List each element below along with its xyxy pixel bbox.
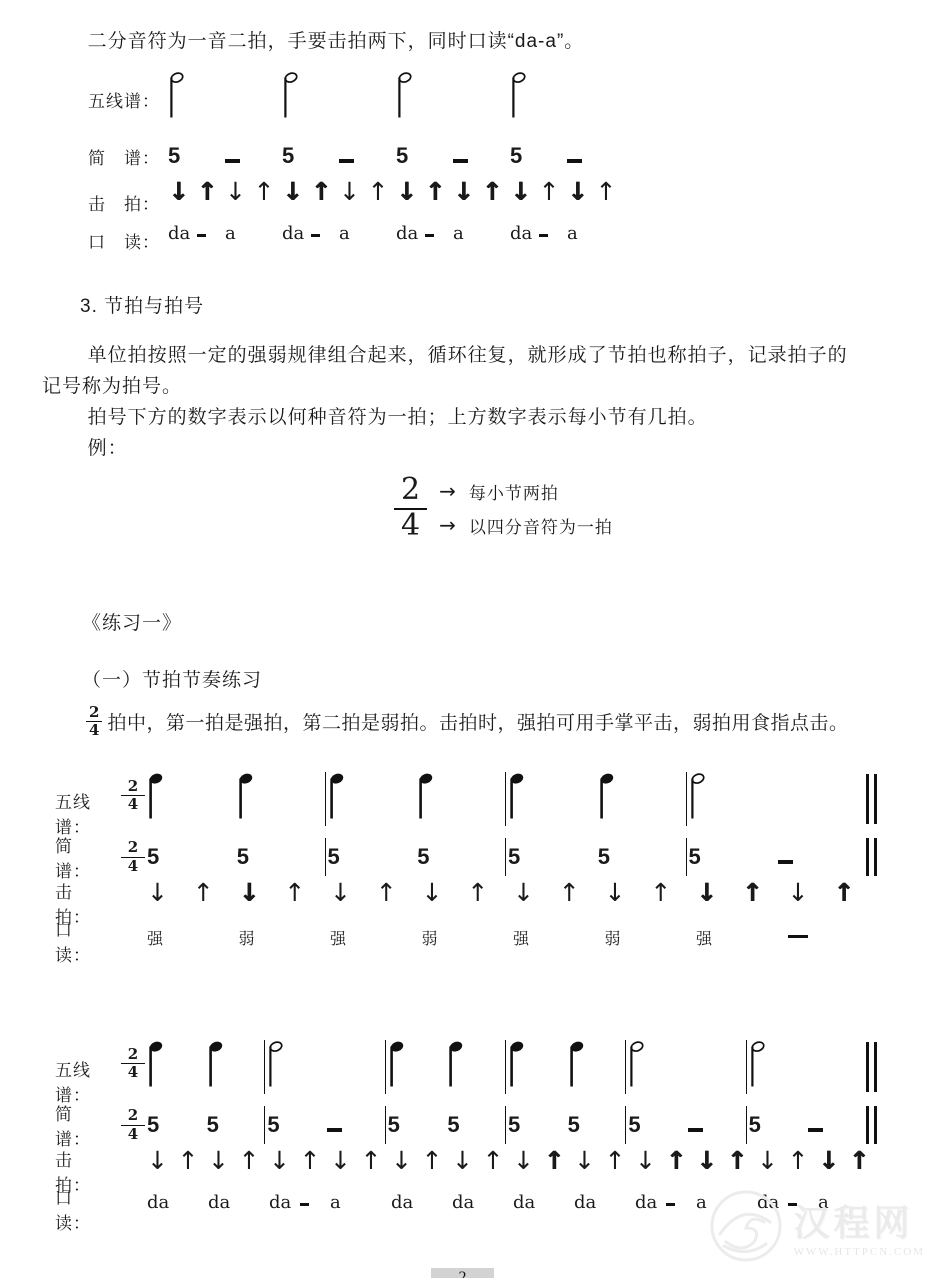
time-signature-fraction: 2 4 (394, 474, 427, 542)
watermark-text: 汉程网 WWW.HTTPCN.COM (794, 1195, 925, 1258)
measure (686, 772, 867, 826)
jianpu-note: 5 (207, 1114, 219, 1136)
measure: ↓↑↓↑ (694, 880, 877, 926)
measure: daa (267, 1194, 389, 1224)
read-syllable: 强 (330, 926, 346, 956)
ts-denominator: 4 (121, 1064, 145, 1081)
up-arrow-icon: ↑ (376, 880, 397, 926)
measure: ↓↑↓↑ (511, 1148, 633, 1194)
staff-row: 五线谱：24 (55, 1040, 877, 1102)
section-heading: 3. 节拍与拍号 (80, 291, 893, 318)
measure (505, 1040, 625, 1094)
measure: daa (280, 225, 394, 255)
down-arrow-icon: ↓ (605, 880, 626, 926)
jianpu-row: 简 谱：24555555555 (55, 1102, 877, 1148)
watermark: 汉程网 WWW.HTTPCN.COM (704, 1184, 925, 1268)
down-arrow-icon: ↓ (225, 179, 246, 225)
half-note-icon (267, 1040, 283, 1088)
read-syllable: 弱 (605, 926, 621, 956)
read-row: 口 读：daadaadaadaa (88, 225, 893, 255)
theory-paragraph-line2: 记号称为拍号。 (42, 371, 893, 402)
exercise-line-1: 五线谱：24简 谱：245555555击 拍：↓↑↓↑↓↑↓↑↓↑↓↑↓↑↓↑口… (42, 772, 893, 956)
read-syllable: 强 (147, 926, 163, 956)
numerator-note: 每小节两拍 (469, 479, 559, 504)
theory-paragraph2: 拍号下方的数字表示以何种音符为一拍；上方数字表示每小节有几拍。 (42, 402, 893, 433)
measure: 5 (746, 1106, 866, 1144)
up-arrow-icon: ↑ (178, 1148, 199, 1194)
jianpu-note: 5 (168, 145, 180, 167)
inline-time-signature: 2 4 (86, 704, 102, 738)
jianpu-dash (808, 1128, 823, 1132)
down-arrow-icon: ↓ (282, 179, 303, 225)
up-arrow-icon: ↑ (833, 880, 854, 926)
page: { "intro": "二分音符为一音二拍，手要击拍两下，同时口读“da-a”。… (0, 0, 933, 1278)
double-barline (866, 838, 877, 876)
measure (145, 1040, 264, 1094)
down-arrow-icon: ↓ (513, 1148, 534, 1194)
down-arrow-icon: ↓ (513, 880, 534, 926)
jianpu-row-label: 简 谱： (55, 1100, 121, 1150)
jianpu-row: 简 谱：5555 (88, 133, 893, 179)
up-arrow-icon: ↑ (596, 179, 617, 225)
time-signature: 24 (121, 1040, 145, 1082)
down-arrow-icon: ↓ (396, 179, 417, 225)
read-row-label: 口 读： (55, 916, 121, 966)
measure: ↓↑↓↑ (508, 179, 622, 225)
up-arrow-icon: ↑ (650, 880, 671, 926)
read-syllable: da (452, 1194, 474, 1224)
half-note-icon (396, 71, 412, 119)
ts-numerator: 2 (121, 1107, 145, 1125)
down-arrow-icon: ↓ (208, 1148, 229, 1194)
jianpu-note: 5 (568, 1114, 580, 1136)
half-note-icon (689, 772, 705, 820)
read-long-dash (788, 935, 808, 938)
jianpu-note: 5 (628, 1114, 640, 1136)
measure (505, 772, 686, 826)
read-syllable: a (567, 225, 578, 255)
quarter-note-icon (207, 1040, 223, 1088)
measure: 5 (394, 137, 508, 175)
measure: ↓↑↓↑ (166, 179, 280, 225)
practice-description: 2 4 拍中，第一拍是强拍，第二拍是弱拍。击拍时，强拍可用手掌平击，弱拍用食指点… (44, 704, 893, 738)
jianpu-dash (688, 1128, 703, 1132)
time-signature-notes: → 每小节两拍 → 以四分音符为一拍 (439, 474, 613, 542)
ts-denominator: 4 (121, 796, 145, 813)
measure: daa (508, 225, 622, 255)
example-label: 例： (42, 433, 893, 464)
measure (145, 772, 325, 826)
jianpu-dash (225, 159, 240, 163)
jianpu-dash (778, 860, 793, 864)
up-arrow-icon: ↑ (254, 179, 275, 225)
jianpu-note: 5 (388, 1114, 400, 1136)
read-syllable: da (391, 1194, 413, 1224)
measure: daa (166, 225, 280, 255)
beat-row: 击 拍：↓↑↓↑↓↑↓↑↓↑↓↑↓↑↓↑ (55, 880, 877, 926)
double-barline (866, 774, 877, 824)
up-arrow-icon: ↑ (483, 1148, 504, 1194)
jianpu-dash (327, 1128, 342, 1132)
measure: 55 (505, 1106, 625, 1144)
watermark-site-url: WWW.HTTPCN.COM (794, 1246, 925, 1258)
read-syllable: da (396, 225, 418, 255)
down-arrow-icon: ↓ (147, 880, 168, 926)
read-syllable: 强 (513, 926, 529, 956)
measure (264, 1040, 384, 1094)
read-syllable: da (208, 1194, 230, 1224)
jianpu-row: 简 谱：245555555 (55, 834, 877, 880)
read-dash (539, 234, 548, 237)
read-syllable: a (225, 225, 236, 255)
quarter-note-icon (508, 772, 524, 820)
down-arrow-icon: ↓ (269, 1148, 290, 1194)
half-note-icon (510, 71, 526, 119)
up-arrow-icon: ↑ (742, 880, 763, 926)
measure: 强 (694, 926, 877, 956)
double-barline (866, 1042, 877, 1092)
read-dash (311, 234, 320, 237)
time-signature-numerator: 2 (394, 474, 427, 509)
time-signature: 24 (121, 839, 145, 875)
up-arrow-icon: ↑ (368, 179, 389, 225)
jianpu-note: 5 (417, 846, 429, 868)
measure (508, 71, 622, 125)
read-dash (300, 1203, 309, 1206)
time-signature-example: 2 4 → 每小节两拍 → 以四分音符为一拍 (394, 472, 893, 544)
measure: 强弱 (328, 926, 511, 956)
down-arrow-icon: ↓ (339, 179, 360, 225)
measure: ↓↑↓↑ (145, 880, 328, 926)
practice-description-text: 拍中，第一拍是强拍，第二拍是弱拍。击拍时，强拍可用手掌平击，弱拍用食指点击。 (107, 708, 848, 735)
read-syllable: 强 (696, 926, 712, 956)
measure: 55 (505, 838, 686, 876)
denominator-note-line: → 以四分音符为一拍 (439, 508, 613, 542)
jianpu-row-label: 简 谱： (55, 832, 121, 882)
exercise-1: 五线谱：24简 谱：245555555击 拍：↓↑↓↑↓↑↓↑↓↑↓↑↓↑↓↑口… (55, 772, 877, 956)
jianpu-note: 5 (510, 145, 522, 167)
quarter-note-icon (508, 1040, 524, 1088)
quarter-note-icon (568, 1040, 584, 1088)
watermark-site-name: 汉程网 (794, 1195, 925, 1246)
theory-paragraph-line1: 单位拍按照一定的强弱规律组合起来，循环往复，就形成了节拍也称拍子，记录拍子的 (42, 340, 893, 371)
down-arrow-icon: ↓ (567, 179, 588, 225)
jianpu-note: 5 (447, 1114, 459, 1136)
jianpu-note: 5 (508, 846, 520, 868)
down-arrow-icon: ↓ (239, 880, 260, 926)
ts-denominator: 4 (121, 858, 145, 875)
down-arrow-icon: ↓ (696, 880, 717, 926)
read-syllable: 弱 (422, 926, 438, 956)
read-syllable: da (282, 225, 304, 255)
down-arrow-icon: ↓ (574, 1148, 595, 1194)
quarter-note-icon (237, 772, 253, 820)
up-arrow-icon: ↑ (361, 1148, 382, 1194)
jianpu-note: 5 (237, 846, 249, 868)
measure (746, 1040, 866, 1094)
jianpu-note: 5 (689, 846, 701, 868)
up-arrow-icon: ↑ (467, 880, 488, 926)
read-syllable: a (339, 225, 350, 255)
staff-row-label: 五线谱： (55, 772, 121, 838)
jianpu-note: 5 (508, 1114, 520, 1136)
right-arrow-icon: → (439, 479, 457, 503)
read-syllable: da (513, 1194, 535, 1224)
measure: 5 (166, 137, 280, 175)
measure: ↓↑↓↑ (267, 1148, 389, 1194)
staff-row-label: 五线谱： (88, 71, 166, 112)
ts-numerator: 2 (121, 778, 145, 796)
demo-notation-line: 五线谱：简 谱：5555击 拍：↓↑↓↑↓↑↓↑↓↑↓↑↓↑↓↑口 读：daad… (42, 71, 893, 255)
measure (385, 1040, 505, 1094)
measure: 5 (508, 137, 622, 175)
half-note-icon (168, 71, 184, 119)
jianpu-note: 5 (282, 145, 294, 167)
read-syllable: 弱 (239, 926, 255, 956)
half-note-icon (749, 1040, 765, 1088)
intro-paragraph: 二分音符为一音二拍，手要击拍两下，同时口读“da-a”。 (42, 26, 893, 57)
time-signature-denominator: 4 (394, 510, 427, 542)
down-arrow-icon: ↓ (391, 1148, 412, 1194)
jianpu-dash (453, 159, 468, 163)
measure (325, 772, 506, 826)
measure: 强弱 (511, 926, 694, 956)
up-arrow-icon: ↑ (482, 179, 503, 225)
measure: ↓↑↓↑ (280, 179, 394, 225)
quarter-note-icon (147, 1040, 163, 1088)
read-syllable: da (574, 1194, 596, 1224)
measure: dada (389, 1194, 511, 1224)
page-number-strip: 2 (431, 1268, 494, 1278)
beat-row-label: 击 拍： (88, 190, 166, 215)
down-arrow-icon: ↓ (147, 1148, 168, 1194)
page-number: 2 (459, 1270, 467, 1278)
jianpu-note: 5 (598, 846, 610, 868)
up-arrow-icon: ↑ (284, 880, 305, 926)
ts-denominator: 4 (121, 1126, 145, 1143)
jianpu-dash (567, 159, 582, 163)
down-arrow-icon: ↓ (330, 1148, 351, 1194)
up-arrow-icon: ↑ (425, 179, 446, 225)
jianpu-row-label: 简 谱： (88, 144, 166, 169)
jianpu-note: 5 (749, 1114, 761, 1136)
ts-numerator: 2 (121, 1046, 145, 1064)
half-note-icon (282, 71, 298, 119)
measure: ↓↑↓↑ (511, 880, 694, 926)
measure: daa (394, 225, 508, 255)
jianpu-note: 5 (396, 145, 408, 167)
measure: 55 (325, 838, 506, 876)
down-arrow-icon: ↓ (788, 880, 809, 926)
read-row-label: 口 读： (88, 228, 166, 253)
up-arrow-icon: ↑ (300, 1148, 321, 1194)
ts-numerator: 2 (121, 839, 145, 857)
up-arrow-icon: ↑ (544, 1148, 565, 1194)
quarter-note-icon (447, 1040, 463, 1088)
time-signature: 24 (121, 1107, 145, 1143)
read-syllable: a (453, 225, 464, 255)
measure (625, 1040, 745, 1094)
demo-line: 五线谱：简 谱：5555击 拍：↓↑↓↑↓↑↓↑↓↑↓↑↓↑↓↑口 读：daad… (88, 71, 893, 255)
measure: dada (145, 1194, 267, 1224)
right-arrow-icon: → (439, 513, 457, 537)
read-syllable: da (269, 1194, 291, 1224)
measure (280, 71, 394, 125)
quarter-note-icon (417, 772, 433, 820)
up-arrow-icon: ↑ (605, 1148, 626, 1194)
measure: 5 (686, 838, 867, 876)
measure: 强弱 (145, 926, 328, 956)
inline-ts-numerator: 2 (86, 704, 102, 722)
practice-subtitle: （一）节拍节奏练习 (82, 665, 893, 692)
jianpu-dash (339, 159, 354, 163)
jianpu-note: 5 (147, 1114, 159, 1136)
numerator-note-line: → 每小节两拍 (439, 474, 613, 508)
inline-ts-denominator: 4 (89, 721, 99, 739)
read-syllable: da (635, 1194, 657, 1224)
up-arrow-icon: ↑ (559, 880, 580, 926)
measure: 5 (264, 1106, 384, 1144)
up-arrow-icon: ↑ (311, 179, 332, 225)
read-syllable: da (147, 1194, 169, 1224)
beat-row: 击 拍：↓↑↓↑↓↑↓↑↓↑↓↑↓↑↓↑ (88, 179, 893, 225)
half-note-icon (628, 1040, 644, 1088)
up-arrow-icon: ↑ (422, 1148, 443, 1194)
down-arrow-icon: ↓ (453, 179, 474, 225)
measure: 5 (625, 1106, 745, 1144)
down-arrow-icon: ↓ (635, 1148, 656, 1194)
measure: ↓↑↓↑ (394, 179, 508, 225)
read-row: 口 读：强弱强弱强弱强 (55, 926, 877, 956)
quarter-note-icon (598, 772, 614, 820)
practice-title: 《练习一》 (82, 608, 893, 635)
measure: 55 (145, 838, 325, 876)
staff-row: 五线谱：24 (55, 772, 877, 834)
read-syllable: da (168, 225, 190, 255)
measure: 5 (280, 137, 394, 175)
double-barline (866, 1106, 877, 1144)
hanchengwang-logo-icon (704, 1184, 788, 1268)
read-syllable: da (510, 225, 532, 255)
read-dash (666, 1203, 675, 1206)
down-arrow-icon: ↓ (510, 179, 531, 225)
measure: ↓↑↓↑ (145, 1148, 267, 1194)
read-dash (197, 234, 206, 237)
up-arrow-icon: ↑ (539, 179, 560, 225)
staff-row-label: 五线谱： (55, 1040, 121, 1106)
up-arrow-icon: ↑ (239, 1148, 260, 1194)
read-row-label: 口 读： (55, 1184, 121, 1234)
jianpu-note: 5 (267, 1114, 279, 1136)
down-arrow-icon: ↓ (330, 880, 351, 926)
measure: 55 (145, 1106, 264, 1144)
up-arrow-icon: ↑ (197, 179, 218, 225)
up-arrow-icon: ↑ (193, 880, 214, 926)
read-syllable: a (330, 1194, 341, 1224)
denominator-note: 以四分音符为一拍 (469, 513, 613, 538)
quarter-note-icon (147, 772, 163, 820)
jianpu-note: 5 (328, 846, 340, 868)
measure: 55 (385, 1106, 505, 1144)
down-arrow-icon: ↓ (422, 880, 443, 926)
up-arrow-icon: ↑ (666, 1148, 687, 1194)
down-arrow-icon: ↓ (168, 179, 189, 225)
measure (394, 71, 508, 125)
quarter-note-icon (388, 1040, 404, 1088)
read-dash (425, 234, 434, 237)
measure: dada (511, 1194, 633, 1224)
quarter-note-icon (328, 772, 344, 820)
time-signature: 24 (121, 772, 145, 814)
measure: ↓↑↓↑ (389, 1148, 511, 1194)
jianpu-note: 5 (147, 846, 159, 868)
down-arrow-icon: ↓ (452, 1148, 473, 1194)
staff-row: 五线谱： (88, 71, 893, 133)
measure (166, 71, 280, 125)
measure: ↓↑↓↑ (328, 880, 511, 926)
